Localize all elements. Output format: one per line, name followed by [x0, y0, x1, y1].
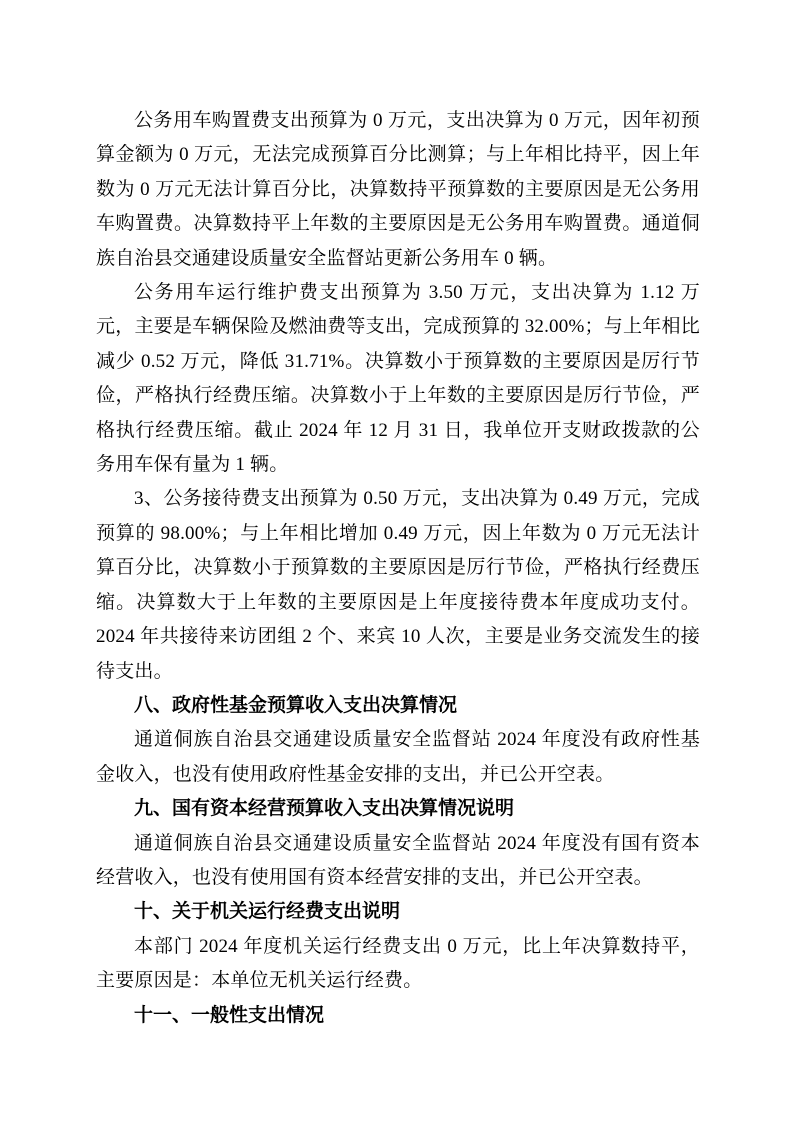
heading-section-eight-government-fund-budget: 八、政府性基金预算收入支出决算情况 [96, 689, 700, 723]
paragraph-government-fund-statement: 通道侗族自治县交通建设质量安全监督站 2024 年度没有政府性基金收入，也没有使… [96, 723, 700, 792]
heading-section-eleven-general-expenditure: 十一、一般性支出情况 [96, 999, 700, 1033]
heading-section-ten-agency-operating-expense: 十、关于机关运行经费支出说明 [96, 895, 700, 929]
heading-section-nine-state-capital-budget: 九、国有资本经营预算收入支出决算情况说明 [96, 792, 700, 826]
paragraph-state-capital-statement: 通道侗族自治县交通建设质量安全监督站 2024 年度没有国有资本经营收入，也没有… [96, 827, 700, 896]
paragraph-agency-operating-expense-statement: 本部门 2024 年度机关运行经费支出 0 万元，比上年决算数持平，主要原因是：… [96, 930, 700, 999]
paragraph-official-vehicle-purchase: 公务用车购置费支出预算为 0 万元，支出决算为 0 万元，因年初预算金额为 0 … [96, 104, 700, 276]
paragraph-official-reception-expense: 3、公务接待费支出预算为 0.50 万元，支出决算为 0.49 万元，完成预算的… [96, 482, 700, 688]
paragraph-vehicle-operation-maintenance: 公务用车运行维护费支出预算为 3.50 万元，支出决算为 1.12 万元，主要是… [96, 276, 700, 482]
document-page: 公务用车购置费支出预算为 0 万元，支出决算为 0 万元，因年初预算金额为 0 … [0, 0, 793, 1122]
